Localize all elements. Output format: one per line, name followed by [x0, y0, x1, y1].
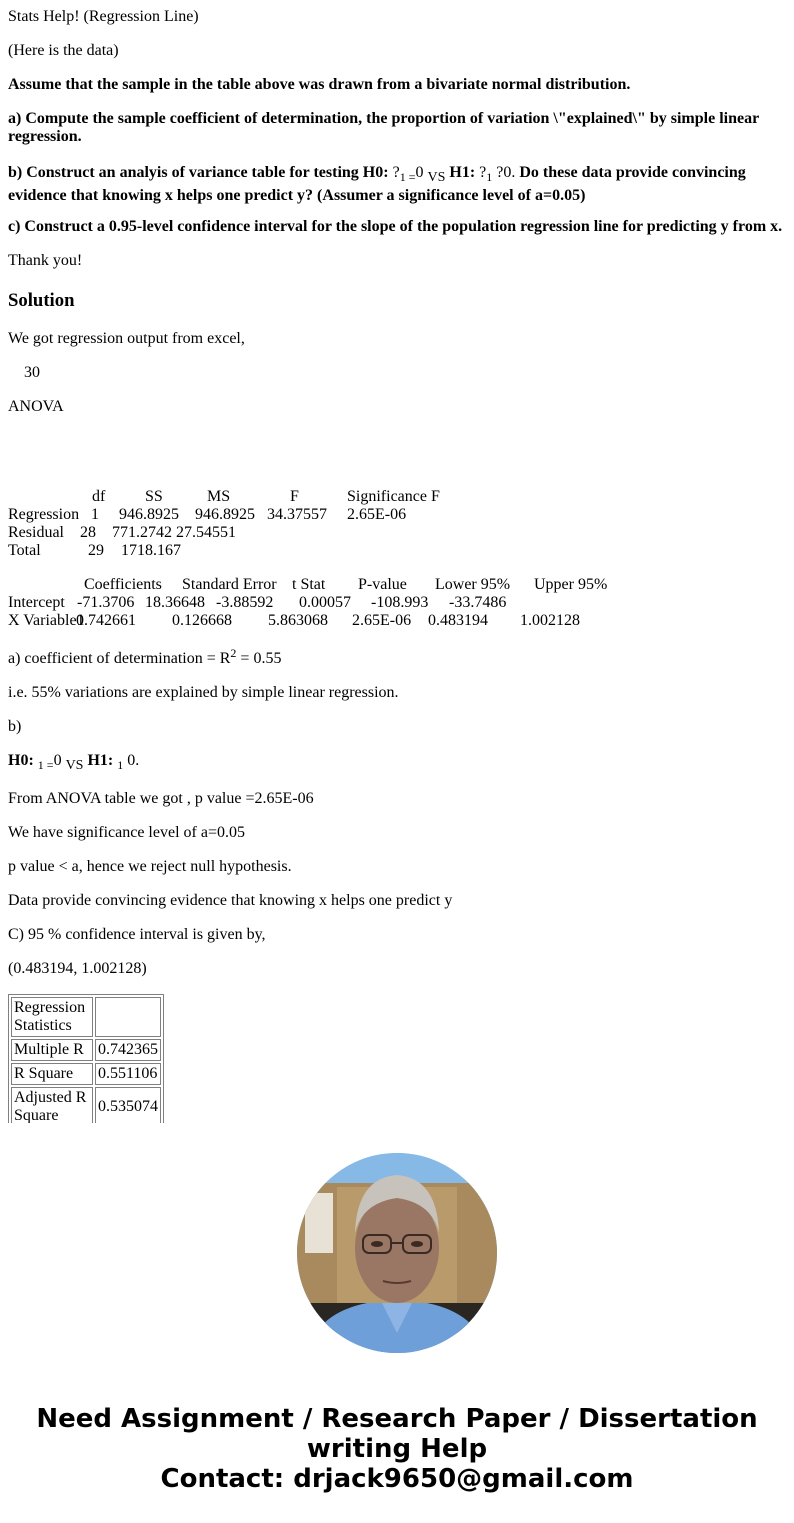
table-row: Regression Statistics	[11, 997, 161, 1037]
contact-email: Contact: drjack9650@gmail.com	[0, 1464, 794, 1494]
anova-table: df SS MS F Significance F Regression 1 9…	[8, 488, 468, 560]
answer-a: a) coefficient of determination = R2 = 0…	[8, 650, 786, 668]
anova-label: ANOVA	[8, 398, 786, 416]
sample-size: 30	[24, 364, 794, 382]
table-row: Adjusted R Square 0.535074	[11, 1087, 161, 1123]
regression-statistics-table-container: Regression Statistics Multiple R 0.74236…	[8, 994, 164, 1123]
data-note: (Here is the data)	[8, 42, 786, 60]
promo-line-2: writing Help	[0, 1434, 794, 1464]
part-b-question: b) Construct an analyis of variance tabl…	[8, 162, 786, 207]
table-header-cell: Regression Statistics	[11, 997, 93, 1037]
person-photo-icon	[297, 1153, 497, 1353]
table-row: R Square 0.551106	[11, 1063, 161, 1085]
table-row: Multiple R 0.742365	[11, 1039, 161, 1061]
part-b-label: b)	[8, 718, 786, 736]
author-avatar	[297, 1153, 497, 1353]
conclusion-line: Data provide convincing evidence that kn…	[8, 892, 786, 910]
pvalue-line: From ANOVA table we got , p value =2.65E…	[8, 790, 786, 808]
confidence-interval: (0.483194, 1.002128)	[8, 960, 786, 978]
regression-statistics-table: Regression Statistics Multiple R 0.74236…	[8, 994, 164, 1123]
coefficients-table: Coefficients Standard Error t Stat P-val…	[8, 576, 628, 630]
decision-line: p value < a, hence we reject null hypoth…	[8, 858, 786, 876]
part-a-question: a) Compute the sample coefficient of det…	[8, 110, 786, 146]
answer-a-explanation: i.e. 55% variations are explained by sim…	[8, 684, 786, 702]
question-title: Stats Help! (Regression Line)	[8, 8, 786, 26]
solution-heading: Solution	[8, 290, 74, 312]
solution-intro: We got regression output from excel,	[8, 330, 786, 348]
part-c-line: C) 95 % confidence interval is given by,	[8, 926, 786, 944]
assumption-text: Assume that the sample in the table abov…	[8, 76, 786, 94]
hypotheses: H0: 1 =0 VS H1: 1 0.	[8, 752, 786, 771]
alpha-line: We have significance level of a=0.05	[8, 824, 786, 842]
part-c-question: c) Construct a 0.95-level confidence int…	[8, 218, 786, 236]
promo-line-1: Need Assignment / Research Paper / Disse…	[0, 1404, 794, 1434]
thanks-text: Thank you!	[8, 252, 786, 270]
promo-footer: Need Assignment / Research Paper / Disse…	[0, 1404, 794, 1494]
